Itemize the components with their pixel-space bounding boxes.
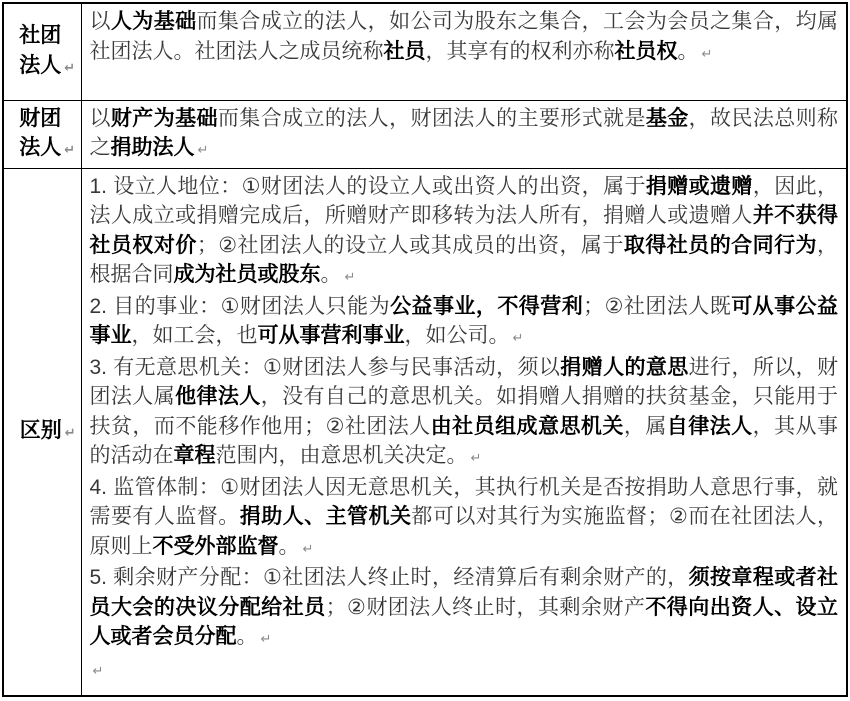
- text-run: ，属: [624, 415, 667, 438]
- text-run-bold: 人为基础: [111, 10, 197, 33]
- text-run: ；②社团法人既: [583, 295, 731, 318]
- paragraph: 4. 监管体制：①财团法人因无意思机关，其执行机关是否按捐助人意思行事，就需要有…: [90, 473, 839, 564]
- paragraph: 以人为基础而集合成立的法人，如公司为股东之集合，工会为会员之集合，均属社团法人。…: [90, 7, 839, 68]
- text-run: 3. 有无意思机关：①财团法人参与民事活动，须以: [90, 356, 561, 379]
- text-run-bold: 捐赠或遗赠: [646, 175, 753, 198]
- paragraph-mark: ↵: [468, 443, 471, 473]
- text-run: 。: [237, 625, 258, 648]
- text-run: 。: [279, 535, 300, 558]
- paragraph-mark: ↵: [61, 135, 64, 165]
- text-run: ，如工会，也: [132, 324, 258, 347]
- table-row-shetuan-faren: 社团法人↵ 以人为基础而集合成立的法人，如公司为股东之集合，工会为会员之集合，均…: [3, 3, 847, 100]
- document-page: { "document": { "kind": "legal-person-co…: [0, 0, 850, 701]
- text-run-bold: 可从事营利事业: [258, 324, 405, 347]
- text-run: 范围内，由意思机关决定。: [216, 444, 468, 467]
- table-row-qubie: 区别↵ 1. 设立人地位：①财团法人的设立人或出资人的出资，属于捐赠或遗赠，因此…: [3, 168, 847, 696]
- text-run-bold: 社团法人: [19, 24, 61, 77]
- paragraph-mark: ↵: [90, 656, 93, 686]
- paragraph-mark: ↵: [300, 534, 303, 564]
- row-label-caituan-faren: 财团法人↵: [19, 104, 65, 165]
- row-content-cell-qubie: 1. 设立人地位：①财团法人的设立人或出资人的出资，属于捐赠或遗赠，因此，法人成…: [81, 168, 847, 696]
- text-run-bold: 区别: [20, 419, 62, 442]
- paragraph-mark: ↵: [258, 624, 261, 654]
- text-run: 。: [678, 40, 699, 63]
- text-run: 以: [90, 10, 111, 33]
- paragraph-mark: ↵: [195, 135, 198, 165]
- row-label-qubie: 区别↵: [6, 416, 79, 448]
- text-run: ，如公司。: [405, 324, 510, 347]
- text-run-bold: 不受外部监督: [153, 535, 279, 558]
- paragraph: 以财产为基础而集合成立的法人，财团法人的主要形式就是基金，故民法总则称之捐助法人…: [90, 104, 839, 165]
- text-run-bold: 章程: [174, 444, 216, 467]
- paragraph-mark: ↵: [342, 262, 345, 292]
- text-run: 1. 设立人地位：①财团法人的设立人或出资人的出资，属于: [90, 175, 646, 198]
- row-label-cell-caituan-faren: 财团法人↵: [3, 100, 81, 168]
- row-content-cell-caituan-faren: 以财产为基础而集合成立的法人，财团法人的主要形式就是基金，故民法总则称之捐助法人…: [81, 100, 847, 168]
- text-run-bold: 自律法人: [667, 415, 753, 438]
- paragraph-mark: ↵: [62, 418, 65, 448]
- paragraph: 5. 剩余财产分配：①社团法人终止时，经清算后有剩余财产的，须按章程或者社员大会…: [90, 563, 839, 654]
- text-run: 而集合成立的法人，财团法人的主要形式就是: [218, 107, 646, 130]
- row-label-cell-shetuan-faren: 社团法人↵: [3, 3, 81, 100]
- text-run-bold: 捐助人、主管机关: [240, 505, 412, 528]
- text-run: 。: [321, 263, 342, 286]
- text-run: ，其享有的权利亦称: [426, 40, 615, 63]
- text-run-bold: 财产为基础: [111, 107, 218, 130]
- text-run-bold: 捐助法人: [111, 136, 195, 159]
- paragraph: 1. 设立人地位：①财团法人的设立人或出资人的出资，属于捐赠或遗赠，因此，法人成…: [90, 172, 839, 292]
- text-run-bold: 社员: [384, 40, 426, 63]
- paragraph-mark: ↵: [61, 53, 64, 83]
- text-run-bold: 他律法人: [175, 385, 261, 408]
- text-run: 5. 剩余财产分配：①社团法人终止时，经清算后有剩余财产的，: [90, 566, 689, 589]
- row-label-shetuan-faren: 社团法人↵: [19, 21, 65, 82]
- text-run-bold: 取得社员的合同行为: [624, 234, 817, 257]
- text-run-bold: 基金: [646, 107, 689, 130]
- table-row-caituan-faren: 财团法人↵ 以财产为基础而集合成立的法人，财团法人的主要形式就是基金，故民法总则…: [3, 100, 847, 168]
- paragraph: 3. 有无意思机关：①财团法人参与民事活动，须以捐赠人的意思进行，所以，财团法人…: [90, 353, 839, 473]
- text-run-bold: 财团法人: [19, 107, 61, 160]
- text-run-bold: 社员权: [615, 40, 678, 63]
- paragraph: 2. 目的事业：①财团法人只能为公益事业，不得营利；②社团法人既可从事公益事业，…: [90, 292, 839, 353]
- text-run-bold: 公益事业，不得营利: [390, 295, 583, 318]
- row-label-cell-qubie: 区别↵: [3, 168, 81, 696]
- paragraph: ↵: [90, 654, 839, 686]
- text-run-bold: 成为社员或股东: [174, 263, 321, 286]
- text-run: ；②财团法人终止时，其剩余财产: [326, 596, 646, 619]
- text-run: 2. 目的事业：①财团法人只能为: [90, 295, 391, 318]
- text-run-bold: 捐赠人的意思: [560, 356, 688, 379]
- text-run: ；②社团法人的设立人或其成员的出资，属于: [197, 234, 624, 257]
- row-content-cell-shetuan-faren: 以人为基础而集合成立的法人，如公司为股东之集合，工会为会员之集合，均属社团法人。…: [81, 3, 847, 100]
- paragraph-mark: ↵: [699, 39, 702, 69]
- text-run: 以: [90, 107, 111, 130]
- legal-person-comparison-table: 社团法人↵ 以人为基础而集合成立的法人，如公司为股东之集合，工会为会员之集合，均…: [2, 2, 848, 697]
- paragraph-mark: ↵: [510, 323, 513, 353]
- text-run-bold: 由社员组成意思机关: [431, 415, 624, 438]
